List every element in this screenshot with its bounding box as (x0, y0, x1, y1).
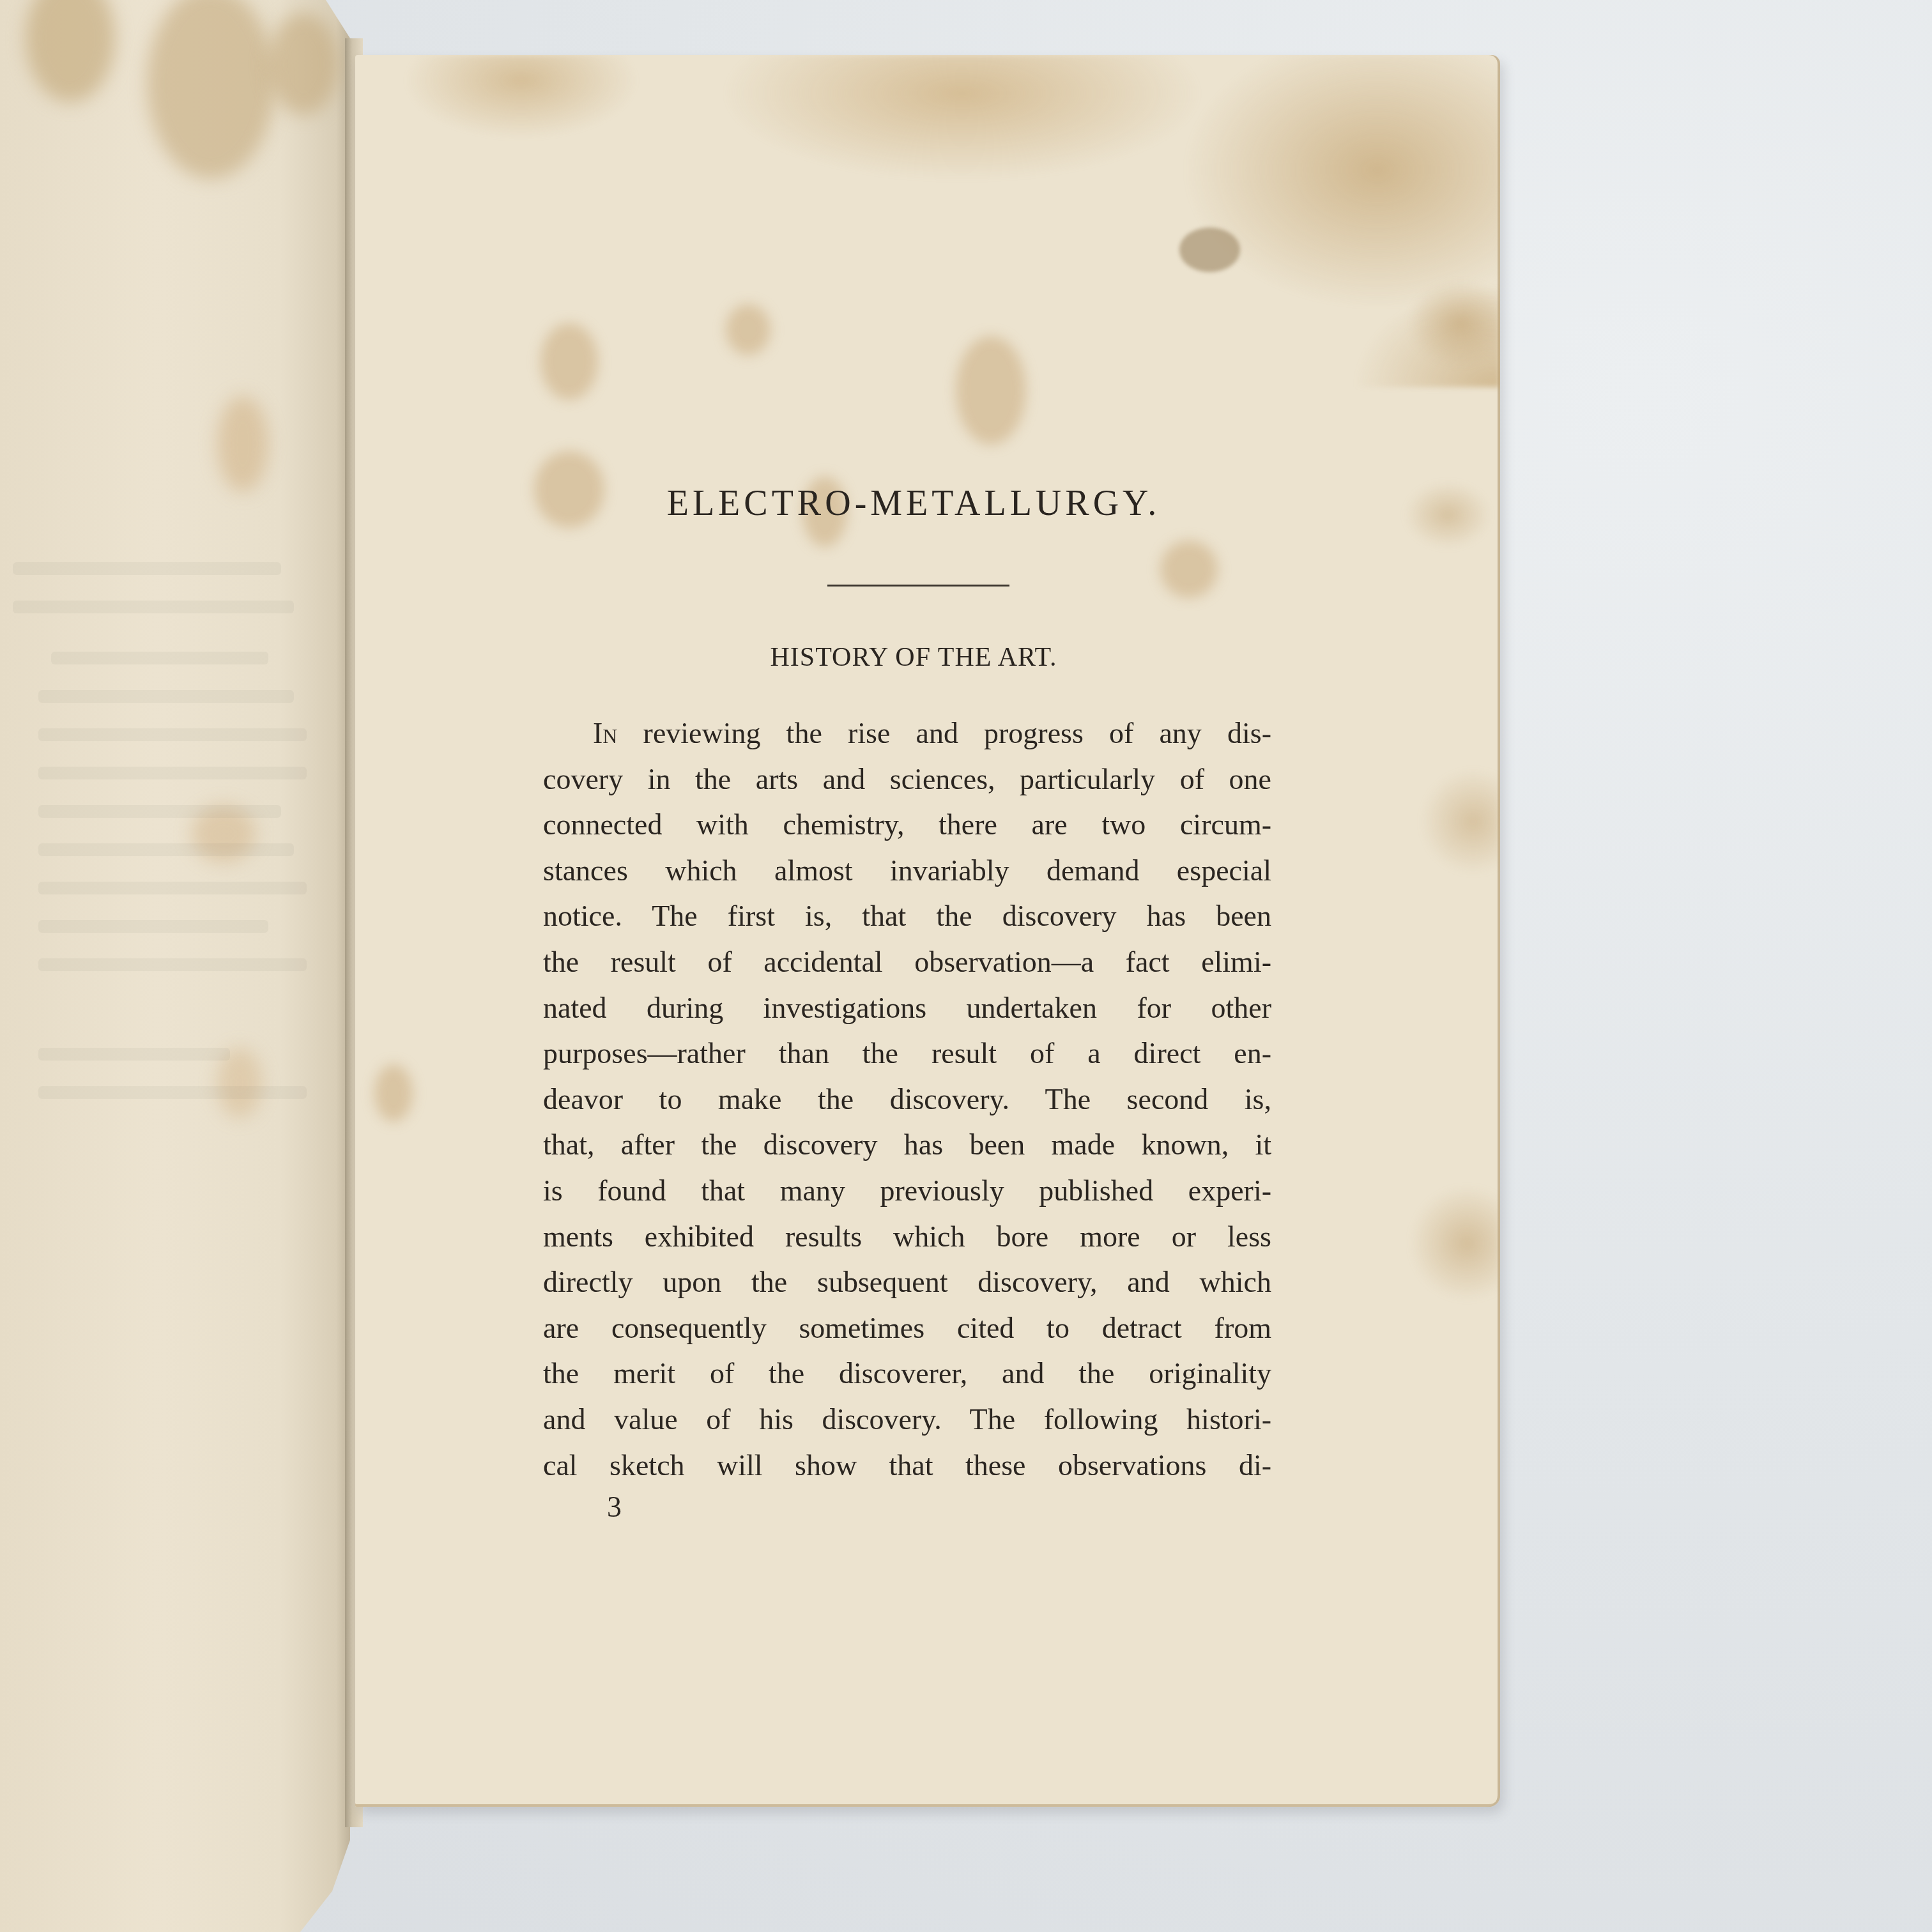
water-stain (26, 0, 115, 102)
foxing-spot (217, 396, 268, 492)
text-line: purposes—rather than the result of a dir… (543, 1031, 1271, 1077)
left-page (0, 0, 350, 1932)
body-paragraph: In reviewing the rise and progress of an… (543, 710, 1271, 1488)
bleed-through-text (38, 1048, 230, 1061)
text-line: is found that many previously published … (543, 1168, 1271, 1214)
text-line-content: reviewing the rise and progress of any d… (617, 717, 1271, 749)
water-stain (355, 55, 1500, 387)
bleed-through-text (38, 882, 307, 894)
section-heading: HISTORY OF THE ART. (0, 644, 1827, 671)
text-line: and value of his discovery. The followin… (543, 1397, 1271, 1443)
bleed-through-text (38, 1086, 307, 1099)
stain-spot (1179, 227, 1240, 272)
water-stain (147, 0, 275, 179)
text-line: stances which almost invariably demand e… (543, 848, 1271, 894)
foxing-spot (956, 336, 1026, 445)
text-line: notice. The first is, that the discovery… (543, 893, 1271, 939)
text-line: nated during investigations undertaken f… (543, 985, 1271, 1031)
bleed-through-text (38, 843, 294, 856)
bleed-through-text (38, 728, 307, 741)
text-line: directly upon the subsequent discovery, … (543, 1259, 1271, 1305)
bleed-through-text (38, 958, 307, 971)
bleed-through-text (13, 601, 294, 613)
text-line: connected with chemistry, there are two … (543, 802, 1271, 848)
text-line: that, after the discovery has been made … (543, 1122, 1271, 1168)
water-stain (268, 13, 339, 115)
text-line: the merit of the discoverer, and the ori… (543, 1351, 1271, 1397)
page-number: 3 (607, 1492, 622, 1522)
page-title: ELECTRO-METALLURGY. (0, 486, 1827, 521)
text-line: deavor to make the discovery. The second… (543, 1077, 1271, 1123)
bleed-through-text (38, 690, 294, 703)
water-stain (1352, 247, 1500, 1460)
bleed-through-text (13, 562, 281, 575)
bleed-through-text (38, 767, 307, 779)
foxing-spot (374, 1064, 413, 1122)
bleed-through-text (38, 920, 268, 933)
text-line: In reviewing the rise and progress of an… (543, 710, 1271, 756)
foxing-spot (726, 304, 770, 355)
text-line: covery in the arts and sciences, particu… (543, 756, 1271, 802)
text-line: are consequently sometimes cited to detr… (543, 1305, 1271, 1351)
text-line: cal sketch will show that these observat… (543, 1443, 1271, 1489)
foxing-spot (540, 323, 598, 400)
title-divider-rule (827, 585, 1009, 586)
foxing-spot (1160, 540, 1218, 598)
dropcap-lead-word: In (593, 717, 617, 749)
text-line: ments exhibited results which bore more … (543, 1214, 1271, 1260)
bleed-through-text (38, 805, 281, 818)
text-line: the result of accidental observation—a f… (543, 939, 1271, 985)
